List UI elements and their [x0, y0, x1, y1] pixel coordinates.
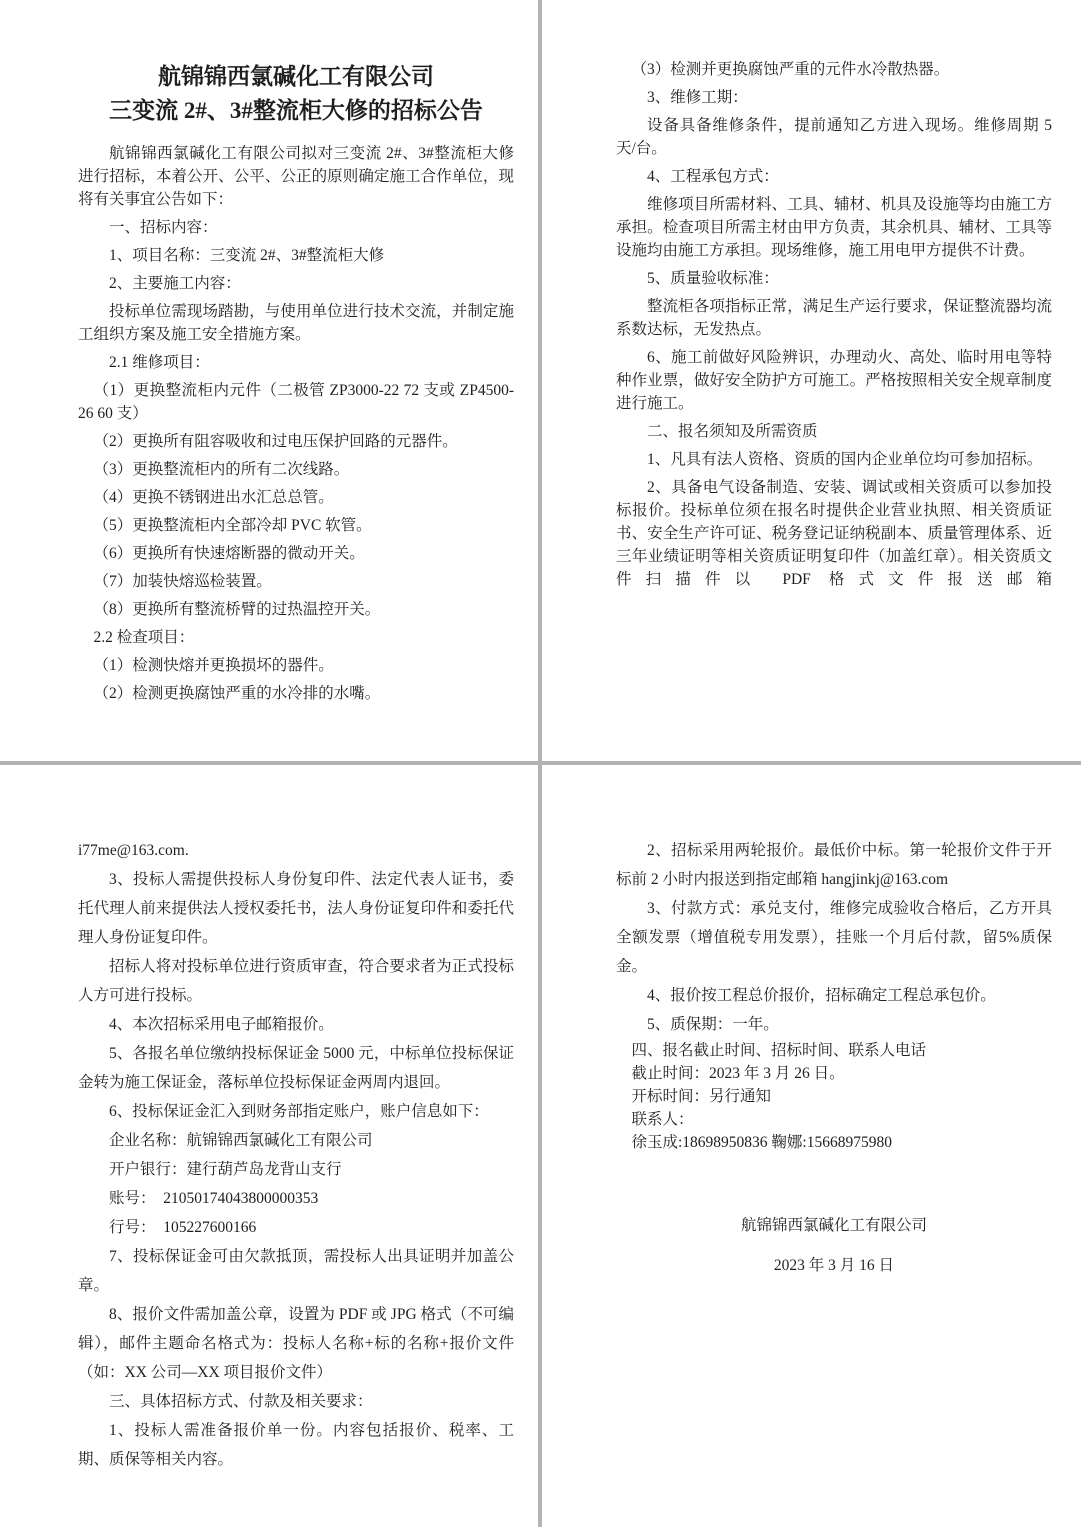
paragraph: 1、项目名称：三变流 2#、3#整流柜大修 [78, 244, 514, 267]
paragraph: 6、投标保证金汇入到财务部指定账户，账户信息如下： [78, 1097, 514, 1126]
horizontal-page-divider [0, 761, 1081, 765]
document-title: 航锦锦西氯碱化工有限公司 三变流 2#、3#整流柜大修的招标公告 [78, 60, 514, 128]
paragraph: （2）更换所有阻容吸收和过电压保护回路的元器件。 [78, 430, 514, 453]
paragraph: 2.2 检查项目： [78, 626, 514, 649]
paragraph: 维修项目所需材料、工具、辅材、机具及设施等均由施工方承担。检查项目所需主材由甲方… [616, 193, 1052, 262]
signature-company: 航锦锦西氯碱化工有限公司 [616, 1206, 1052, 1246]
paragraph: 3、维修工期： [616, 86, 1052, 109]
paragraph: 4、本次招标采用电子邮箱报价。 [78, 1010, 514, 1039]
paragraph: 账号： 21050174043800000353 [78, 1184, 514, 1213]
paragraph: 二、报名须知及所需资质 [616, 420, 1052, 443]
document-title-line1: 航锦锦西氯碱化工有限公司 [78, 60, 514, 94]
paragraph: 企业名称：航锦锦西氯碱化工有限公司 [78, 1126, 514, 1155]
paragraph: 投标单位需现场踏勘，与使用单位进行技术交流，并制定施工组织方案及施工安全措施方案… [78, 300, 514, 346]
page1-right-body: （3）检测并更换腐蚀严重的元件水冷散热器。3、维修工期：设备具备维修条件，提前通… [616, 58, 1052, 591]
signature-date: 2023 年 3 月 16 日 [616, 1246, 1052, 1286]
page1-right-column: （3）检测并更换腐蚀严重的元件水冷散热器。3、维修工期：设备具备维修条件，提前通… [616, 58, 1052, 596]
paragraph: i77me@163.com. [78, 836, 514, 865]
paragraph: 2.1 维修项目： [78, 351, 514, 374]
paragraph: 5、质量验收标准： [616, 267, 1052, 290]
paragraph: 招标人将对投标单位进行资质审查，符合要求者为正式投标人方可进行投标。 [78, 952, 514, 1010]
paragraph: 2、主要施工内容： [78, 272, 514, 295]
paragraph: 一、招标内容： [78, 216, 514, 239]
paragraph: 3、付款方式：承兑支付，维修完成验收合格后，乙方开具全额发票（增值税专用发票），… [616, 894, 1052, 981]
document-title-line2: 三变流 2#、3#整流柜大修的招标公告 [78, 94, 514, 128]
paragraph: （6）更换所有快速熔断器的微动开关。 [78, 542, 514, 565]
paragraph: （4）更换不锈钢进出水汇总总管。 [78, 486, 514, 509]
paragraph: 航锦锦西氯碱化工有限公司拟对三变流 2#、3#整流柜大修进行招标，本着公开、公平… [78, 142, 514, 211]
page1-left-body: 航锦锦西氯碱化工有限公司拟对三变流 2#、3#整流柜大修进行招标，本着公开、公平… [78, 142, 514, 705]
paragraph: 三、具体招标方式、付款及相关要求： [78, 1387, 514, 1416]
page2-right-body: 2、招标采用两轮报价。最低价中标。第一轮报价文件于开标前 2 小时内报送到指定邮… [616, 836, 1052, 1154]
page2-left-column: i77me@163.com.3、投标人需提供投标人身份复印件、法定代表人证书，委… [78, 836, 514, 1474]
paragraph: 开标时间：另行通知 [616, 1085, 1052, 1108]
paragraph: （3）更换整流柜内的所有二次线路。 [78, 458, 514, 481]
paragraph: （2）检测更换腐蚀严重的水冷排的水嘴。 [78, 682, 514, 705]
paragraph: 1、投标人需准备报价单一份。内容包括报价、税率、工期、质保等相关内容。 [78, 1416, 514, 1474]
paragraph: （3）检测并更换腐蚀严重的元件水冷散热器。 [616, 58, 1052, 81]
paragraph: 3、投标人需提供投标人身份复印件、法定代表人证书，委托代理人前来提供法人授权委托… [78, 865, 514, 952]
paragraph: 徐玉成:18698950836 鞠娜:15668975980 [616, 1131, 1052, 1154]
paragraph: 开户银行：建行葫芦岛龙背山支行 [78, 1155, 514, 1184]
paragraph: 1、凡具有法人资格、资质的国内企业单位均可参加招标。 [616, 448, 1052, 471]
paragraph: 2、具备电气设备制造、安装、调试或相关资质可以参加投标报价。投标单位须在报名时提… [616, 476, 1052, 591]
document-viewer: { "meta": { "background_color": "#ffffff… [0, 0, 1081, 1527]
paragraph: 2、招标采用两轮报价。最低价中标。第一轮报价文件于开标前 2 小时内报送到指定邮… [616, 836, 1052, 894]
paragraph: （7）加装快熔巡检装置。 [78, 570, 514, 593]
paragraph: 截止时间：2023 年 3 月 26 日。 [616, 1062, 1052, 1085]
paragraph: （5）更换整流柜内全部冷却 PVC 软管。 [78, 514, 514, 537]
paragraph: 整流柜各项指标正常，满足生产运行要求，保证整流器均流系数达标，无发热点。 [616, 295, 1052, 341]
paragraph: 设备具备维修条件，提前通知乙方进入现场。维修周期 5 天/台。 [616, 114, 1052, 160]
paragraph: 联系人： [616, 1108, 1052, 1131]
paragraph: （1）检测快熔并更换损坏的器件。 [78, 654, 514, 677]
page2-right-column: 2、招标采用两轮报价。最低价中标。第一轮报价文件于开标前 2 小时内报送到指定邮… [616, 836, 1052, 1286]
paragraph: 8、报价文件需加盖公章，设置为 PDF 或 JPG 格式（不可编辑），邮件主题命… [78, 1300, 514, 1387]
paragraph: 6、施工前做好风险辨识，办理动火、高处、临时用电等特种作业票，做好安全防护方可施… [616, 346, 1052, 415]
signature-block: 航锦锦西氯碱化工有限公司 2023 年 3 月 16 日 [616, 1206, 1052, 1286]
paragraph: 4、工程承包方式： [616, 165, 1052, 188]
paragraph: 5、质保期：一年。 [616, 1010, 1052, 1039]
paragraph: 5、各报名单位缴纳投标保证金 5000 元，中标单位投标保证金转为施工保证金，落… [78, 1039, 514, 1097]
paragraph: 7、投标保证金可由欠款抵顶，需投标人出具证明并加盖公章。 [78, 1242, 514, 1300]
paragraph: （1）更换整流柜内元件（二极管 ZP3000-22 72 支或 ZP4500-2… [78, 379, 514, 425]
page2-left-body: i77me@163.com.3、投标人需提供投标人身份复印件、法定代表人证书，委… [78, 836, 514, 1474]
paragraph: 4、报价按工程总价报价，招标确定工程总承包价。 [616, 981, 1052, 1010]
page1-left-column: 航锦锦西氯碱化工有限公司 三变流 2#、3#整流柜大修的招标公告 航锦锦西氯碱化… [78, 60, 514, 710]
paragraph: 四、报名截止时间、招标时间、联系人电话 [616, 1039, 1052, 1062]
paragraph: （8）更换所有整流桥臂的过热温控开关。 [78, 598, 514, 621]
paragraph: 行号： 105227600166 [78, 1213, 514, 1242]
